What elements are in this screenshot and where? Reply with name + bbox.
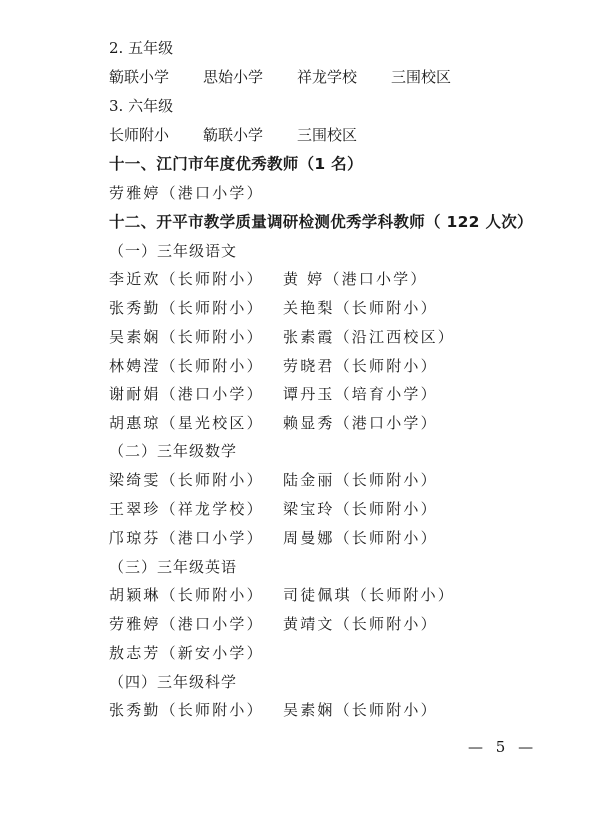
school: 祥龙学校	[297, 67, 391, 87]
teacher-entry: 周曼娜（长师附小）	[283, 528, 438, 548]
teacher-entry: 劳雅婷（港口小学）	[109, 614, 283, 634]
name-row: 王翠珍（祥龙学校）梁宝玲（长师附小）	[109, 499, 438, 519]
teacher-entry: 陆金丽（长师附小）	[283, 470, 438, 490]
group-title: （三）三年级英语	[109, 557, 237, 577]
page-number: — 5 —	[468, 738, 537, 756]
teacher-entry: 吴素娴（长师附小）	[283, 700, 438, 720]
section12-heading: 十二、开平市教学质量调研检测优秀学科教师（ 122 人次）	[109, 212, 533, 232]
school: 簕联小学	[109, 67, 203, 87]
school: 思始小学	[203, 67, 297, 87]
grade6-schools: 长师附小簕联小学三围校区	[109, 125, 391, 145]
name-row: 梁绮雯（长师附小）陆金丽（长师附小）	[109, 470, 438, 490]
school: 长师附小	[109, 125, 203, 145]
teacher-entry: 王翠珍（祥龙学校）	[109, 499, 283, 519]
teacher-entry: 张秀勤（长师附小）	[109, 298, 283, 318]
teacher-entry: 关艳梨（长师附小）	[283, 298, 438, 318]
teacher-entry: 张秀勤（长师附小）	[109, 700, 283, 720]
group-title: （二）三年级数学	[109, 441, 237, 461]
teacher-entry: 劳晓君（长师附小）	[283, 356, 438, 376]
teacher-entry: 谭丹玉（培育小学）	[283, 384, 438, 404]
teacher-entry: 邝琼芬（港口小学）	[109, 528, 283, 548]
teacher-entry: 黄 婷（港口小学）	[283, 269, 428, 289]
teacher-entry: 谢耐娟（港口小学）	[109, 384, 283, 404]
grade5-heading: 2. 五年级	[109, 38, 173, 58]
teacher-entry: 林娉滢（长师附小）	[109, 356, 283, 376]
name-row: 劳雅婷（港口小学）黄靖文（长师附小）	[109, 614, 438, 634]
section11-entry: 劳雅婷（港口小学）	[109, 183, 264, 203]
teacher-entry: 李近欢（长师附小）	[109, 269, 283, 289]
group-title: （四）三年级科学	[109, 672, 237, 692]
name-row: 邝琼芬（港口小学）周曼娜（长师附小）	[109, 528, 438, 548]
teacher-entry: 胡惠琼（星光校区）	[109, 413, 283, 433]
grade5-schools: 簕联小学思始小学祥龙学校三围校区	[109, 67, 485, 87]
teacher-entry: 梁宝玲（长师附小）	[283, 499, 438, 519]
teacher-entry: 黄靖文（长师附小）	[283, 614, 438, 634]
teacher-entry: 吴素娴（长师附小）	[109, 327, 283, 347]
school: 三围校区	[391, 67, 485, 87]
name-row: 吴素娴（长师附小）张素霞（沿江西校区）	[109, 327, 455, 347]
name-row: 敖志芳（新安小学）	[109, 643, 283, 663]
grade6-heading: 3. 六年级	[109, 96, 173, 116]
name-row: 胡颖琳（长师附小）司徒佩琪（长师附小）	[109, 585, 455, 605]
group-title: （一）三年级语文	[109, 241, 237, 261]
name-row: 李近欢（长师附小）黄 婷（港口小学）	[109, 269, 428, 289]
teacher-entry: 梁绮雯（长师附小）	[109, 470, 283, 490]
teacher-entry: 敖志芳（新安小学）	[109, 643, 283, 663]
teacher-entry: 张素霞（沿江西校区）	[283, 327, 455, 347]
name-row: 张秀勤（长师附小）关艳梨（长师附小）	[109, 298, 438, 318]
name-row: 林娉滢（长师附小）劳晓君（长师附小）	[109, 356, 438, 376]
name-row: 张秀勤（长师附小）吴素娴（长师附小）	[109, 700, 438, 720]
teacher-entry: 胡颖琳（长师附小）	[109, 585, 283, 605]
teacher-entry: 赖显秀（港口小学）	[283, 413, 438, 433]
teacher-entry: 司徒佩琪（长师附小）	[283, 585, 455, 605]
name-row: 谢耐娟（港口小学）谭丹玉（培育小学）	[109, 384, 438, 404]
school: 簕联小学	[203, 125, 297, 145]
section11-heading: 十一、江门市年度优秀教师（1 名）	[109, 154, 363, 174]
school: 三围校区	[297, 125, 391, 145]
name-row: 胡惠琼（星光校区）赖显秀（港口小学）	[109, 413, 438, 433]
